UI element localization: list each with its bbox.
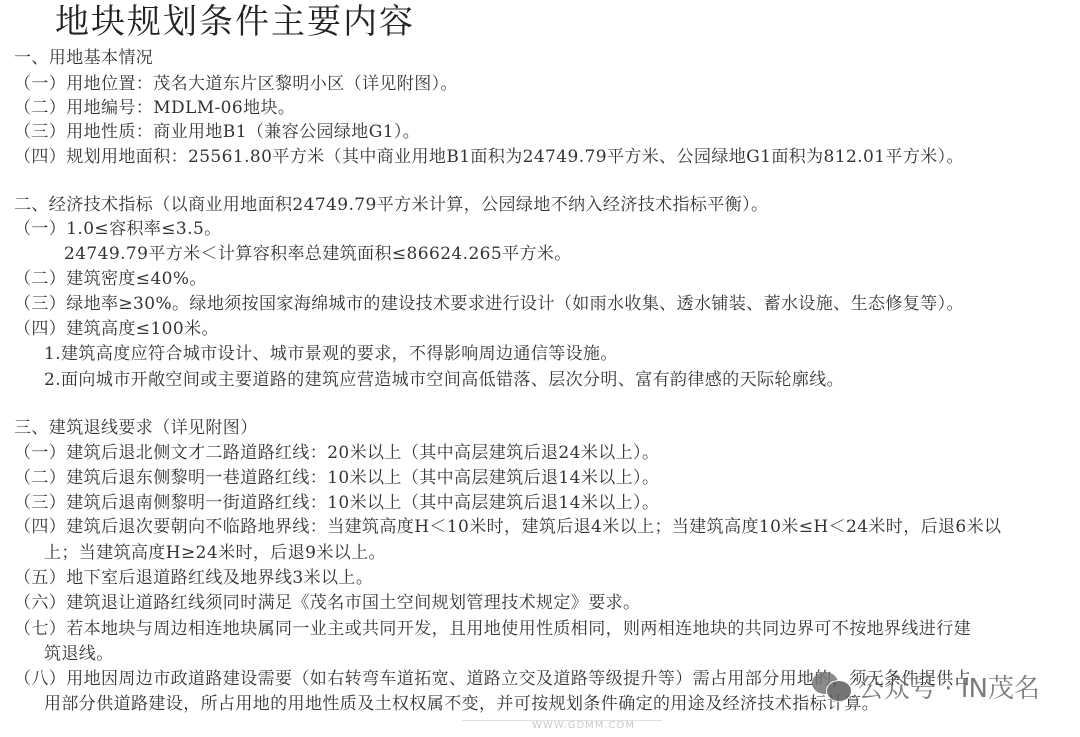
section-2-item-2: （二）建筑密度≤40%。 xyxy=(14,267,207,291)
section-2-item-1: （一）1.0≤容积率≤3.5。 xyxy=(14,217,222,241)
wechat-watermark: 公众号 · IN茂名 xyxy=(812,668,1040,705)
section-3-item-4: （四）建筑后退次要朝向不临路地界线：当建筑高度H＜10米时，建筑后退4米以上；当… xyxy=(14,515,1001,539)
section-heading-2: 二、经济技术指标（以商业用地面积24749.79平方米计算，公园绿地不纳入经济技… xyxy=(14,193,768,217)
section-3-item-1: （一）建筑后退北侧文才二路道路红线：20米以上（其中高层建筑后退24米以上）。 xyxy=(14,441,659,465)
site-url: WWW.GDMM.COM xyxy=(532,720,635,731)
section-1-item-1: （一）用地位置：茂名大道东片区黎明小区（详见附图）。 xyxy=(14,72,458,96)
site-logo-icon xyxy=(462,698,662,721)
section-1-item-3: （三）用地性质：商业用地B1（兼容公园绿地G1）。 xyxy=(14,120,420,144)
section-3-item-5: （五）地下室后退道路红线及地界线3米以上。 xyxy=(14,566,373,590)
wechat-account-label: 公众号 · IN茂名 xyxy=(858,668,1040,705)
section-3-item-3: （三）建筑后退南侧黎明一街道路红线：10米以上（其中高层建筑后退14米以上）。 xyxy=(14,491,659,515)
section-2-item-3: （三）绿地率≥30%。绿地须按国家海绵城市的建设技术要求进行设计（如雨水收集、透… xyxy=(14,292,964,316)
site-watermark: WWW.GDMM.COM xyxy=(462,698,662,736)
section-2-item-4-sub-2: 2.面向城市开敞空间或主要道路的建筑应营造城市空间高低错落、层次分明、富有韵律感… xyxy=(44,368,844,392)
section-3-item-2: （二）建筑后退东侧黎明一巷道路红线：10米以上（其中高层建筑后退14米以上）。 xyxy=(14,466,659,490)
section-heading-1: 一、用地基本情况 xyxy=(14,46,153,70)
wechat-icon xyxy=(812,672,852,702)
section-2-item-4: （四）建筑高度≤100米。 xyxy=(14,317,219,341)
section-2-item-4-sub-1: 1.建筑高度应符合城市设计、城市景观的要求，不得影响周边通信等设施。 xyxy=(44,342,618,366)
section-3-item-6: （六）建筑退让道路红线须同时满足《茂名市国土空间规划管理技术规定》要求。 xyxy=(14,591,640,615)
document-title: 地块规划条件主要内容 xyxy=(55,0,415,44)
section-1-item-2: （二）用地编号：MDLM-06地块。 xyxy=(14,96,295,120)
section-2-item-1-detail: 24749.79平方米＜计算容积率总建筑面积≤86624.265平方米。 xyxy=(64,242,572,266)
section-3-item-7: （七）若本地块与周边相连地块属同一业主或共同开发，且用地使用性质相同，则两相连地… xyxy=(14,617,971,641)
section-1-item-4: （四）规划用地面积：25561.80平方米（其中商业用地B1面积为24749.7… xyxy=(14,145,964,169)
section-3-item-7-cont: 筑退线。 xyxy=(44,642,114,666)
section-3-item-4-cont: 上；当建筑高度H≥24米时，后退9米以上。 xyxy=(44,541,386,565)
section-heading-3: 三、建筑退线要求（详见附图） xyxy=(14,416,258,440)
